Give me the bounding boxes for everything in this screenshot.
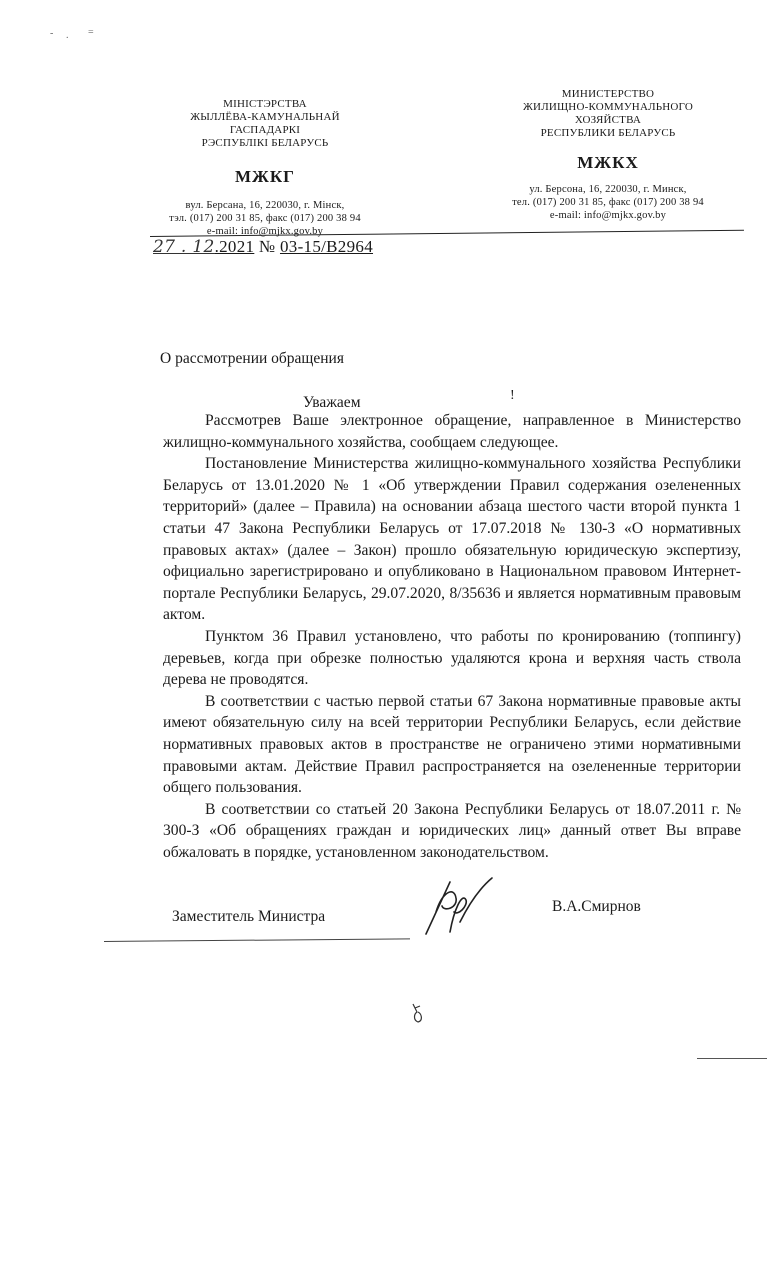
ministry-name-line: РЕСПУБЛИКИ БЕЛАРУСЬ [496,127,720,140]
footer-rule [697,1058,767,1059]
ministry-abbreviation: МЖКХ [496,156,720,169]
registration-year: .2021 [215,237,255,256]
ministry-name-line: МІНІСТЭРСТВА [160,98,370,111]
scan-speck: - [50,28,53,39]
registration-number-label: № [259,237,276,256]
signatory-name: В.А.Смирнов [552,898,641,916]
ministry-name-line: ХОЗЯЙСТВА [496,114,720,127]
ministry-name-line: ЖИЛИЩНО-КОММУНАЛЬНОГО [496,101,720,114]
body-paragraph: В соответствии со статьей 20 Закона Респ… [163,799,741,864]
ministry-email: e-mail: info@mjkx.gov.by [496,209,720,222]
scan-speck: = [88,27,94,38]
body-paragraph: Пунктом 36 Правил установлено, что работ… [163,626,741,691]
ministry-address: вул. Берсана, 16, 220030, г. Мінск, [160,199,370,212]
registration-number: 03-15/В2964 [280,237,373,256]
ministry-name-line: РЭСПУБЛІКІ БЕЛАРУСЬ [160,137,370,150]
letter-subject: О рассмотрении обращения [160,350,344,368]
signature-underline [104,938,410,942]
letterhead-right: МИНИСТЕРСТВО ЖИЛИЩНО-КОММУНАЛЬНОГО ХОЗЯЙ… [496,88,720,222]
registration-date-handwritten: 27 . 12 [153,237,215,257]
ministry-name-line: МИНИСТЕРСТВО [496,88,720,101]
letterhead-left: МІНІСТЭРСТВА ЖЫЛЛЁВА-КАМУНАЛЬНАЙ ГАСПАДА… [160,98,370,238]
signature-icon [420,872,496,938]
body-paragraph: Постановление Министерства жилищно-комму… [163,453,741,626]
initial-mark-icon [410,1002,426,1031]
salutation-mark: ! [510,388,515,404]
signatory-title: Заместитель Министра [172,908,325,926]
ministry-phone: тэл. (017) 200 31 85, факс (017) 200 38 … [160,212,370,225]
ministry-abbreviation: МЖКГ [160,170,370,183]
ministry-name-line: ЖЫЛЛЁВА-КАМУНАЛЬНАЙ [160,111,370,124]
ministry-phone: тел. (017) 200 31 85, факс (017) 200 38 … [496,196,720,209]
ministry-address: ул. Берсона, 16, 220030, г. Минск, [496,183,720,196]
body-paragraph: В соответствии с частью первой статьи 67… [163,691,741,799]
scan-speck: . [66,30,69,41]
registration-stamp: 27 . 12.2021 № 03-15/В2964 [153,237,373,257]
body-paragraph: Рассмотрев Ваше электронное обращение, н… [163,410,741,453]
ministry-name-line: ГАСПАДАРКІ [160,124,370,137]
letter-body: Рассмотрев Ваше электронное обращение, н… [163,410,741,863]
